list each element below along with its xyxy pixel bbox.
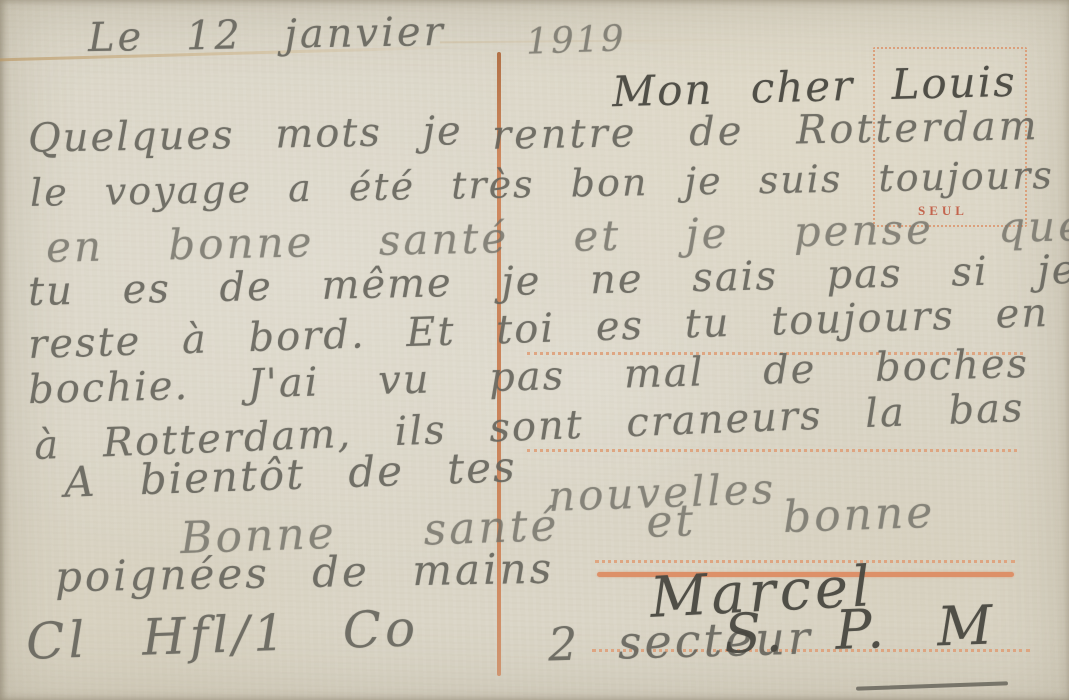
address-line-2 xyxy=(527,449,1017,452)
postcard-scan: SEUL Le 12 janvier 1919 Mon cher Louis Q… xyxy=(0,0,1069,700)
signature-underline-stroke xyxy=(856,681,1008,690)
handwriting-unit: S. P. M xyxy=(723,593,999,666)
handwriting-line: Quelques mots je xyxy=(28,108,463,162)
handwriting-year: 1919 xyxy=(525,18,626,62)
handwriting-date: Le 12 janvier xyxy=(88,9,447,61)
handwriting-line: rentre de Rotterdam xyxy=(492,103,1040,159)
handwriting-line: poignées de mains xyxy=(55,544,555,602)
handwriting-unit: Cl Hfl/1 Co xyxy=(25,599,420,671)
